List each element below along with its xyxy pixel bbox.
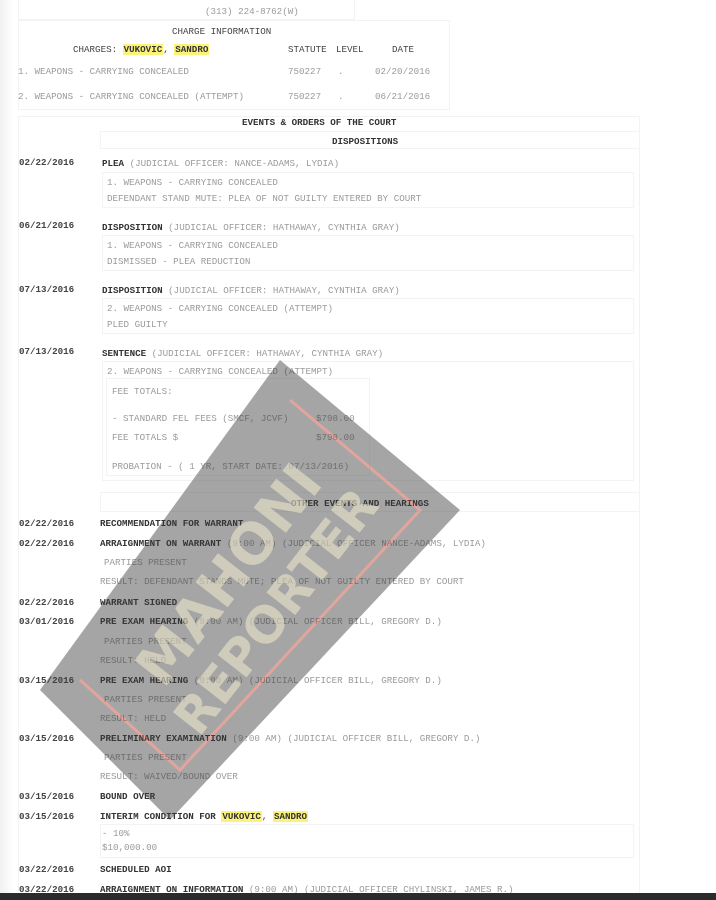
entry-detail: (9:00 AM) (JUDICIAL OFFICER BILL, GREGOR… xyxy=(232,733,480,744)
entry-type: WARRANT SIGNED xyxy=(100,597,177,608)
entry-line: DISMISSED - PLEA REDUCTION xyxy=(107,256,250,267)
charge-description: 2. WEAPONS - CARRYING CONCEALED (ATTEMPT… xyxy=(18,91,244,102)
entry-line: PARTIES PRESENT xyxy=(104,694,187,705)
header-phone: (313) 224-8762(W) xyxy=(205,6,299,17)
charge-date: 02/20/2016 xyxy=(375,66,430,77)
entry-line: RESULT: HELD xyxy=(100,655,166,666)
entry-type: DISPOSITION xyxy=(102,222,163,233)
entry-type: BOUND OVER xyxy=(100,791,155,802)
entry-line: - 10% xyxy=(102,828,130,839)
fee-totals-label: FEE TOTALS: xyxy=(112,386,173,397)
entry-line: RESULT: DEFENDANT STANDS MUTE; PLEA OF N… xyxy=(100,576,464,587)
col-statute: STATUTE xyxy=(288,44,327,55)
entry-date: 03/15/2016 xyxy=(19,791,74,802)
entry-heading: PRE EXAM HEARING (9:00 AM) (JUDICIAL OFF… xyxy=(100,616,442,627)
header-box xyxy=(18,0,355,20)
charges-label: CHARGES: xyxy=(73,44,117,55)
fee-totals-dollar-label: FEE TOTALS $ xyxy=(112,432,178,443)
entry-line: 2. WEAPONS - CARRYING CONCEALED (ATTEMPT… xyxy=(107,303,333,314)
entry-heading: SENTENCE (JUDICIAL OFFICER: HATHAWAY, CY… xyxy=(102,348,383,359)
defendant-first-name: SANDRO xyxy=(273,811,308,822)
charge-statute: 750227 xyxy=(288,91,321,102)
entry-heading: PRELIMINARY EXAMINATION (9:00 AM) (JUDIC… xyxy=(100,733,480,744)
entry-heading: DISPOSITION (JUDICIAL OFFICER: HATHAWAY,… xyxy=(102,222,400,233)
entry-date: 06/21/2016 xyxy=(19,220,74,231)
entry-officer: (JUDICIAL OFFICER: HATHAWAY, CYNTHIA GRA… xyxy=(168,285,400,296)
entry-date: 03/15/2016 xyxy=(19,811,74,822)
other-events-title: OTHER EVENTS AND HEARINGS xyxy=(291,498,429,509)
entry-date: 02/22/2016 xyxy=(19,538,74,549)
entry-type: ARRAIGNMENT ON WARRANT xyxy=(100,538,221,549)
entry-heading: PRE EXAM HEARING (9:00 AM) (JUDICIAL OFF… xyxy=(100,675,442,686)
entry-type: SCHEDULED AOI xyxy=(100,864,172,875)
entry-type: PRE EXAM HEARING xyxy=(100,616,188,627)
entry-details-box xyxy=(100,824,634,858)
charges-header: CHARGES: VUKOVIC, SANDRO xyxy=(73,44,209,55)
entry-date: 03/22/2016 xyxy=(19,864,74,875)
entry-heading: ARRAIGNMENT ON WARRANT (9:00 AM) (JUDICI… xyxy=(100,538,486,549)
col-level: LEVEL xyxy=(336,44,364,55)
charge-level: . xyxy=(338,91,344,102)
charge-information-title: CHARGE INFORMATION xyxy=(172,26,271,37)
entry-type: DISPOSITION xyxy=(102,285,163,296)
entry-type: PRE EXAM HEARING xyxy=(100,675,188,686)
charge-level: . xyxy=(338,66,344,77)
standard-fees-label: - STANDARD FEL FEES (SMCF, JCVF) xyxy=(112,413,288,424)
entry-officer: (JUDICIAL OFFICER: HATHAWAY, CYNTHIA GRA… xyxy=(152,348,384,359)
entry-line: PARTIES PRESENT xyxy=(104,636,187,647)
entry-line: 1. WEAPONS - CARRYING CONCEALED xyxy=(107,177,278,188)
entry-officer: (JUDICIAL OFFICER: NANCE-ADAMS, LYDIA) xyxy=(130,158,340,169)
charge-date: 06/21/2016 xyxy=(375,91,430,102)
fee-totals-amount: $798.00 xyxy=(316,432,355,443)
entry-line: $10,000.00 xyxy=(102,842,157,853)
entry-heading: PLEA (JUDICIAL OFFICER: NANCE-ADAMS, LYD… xyxy=(102,158,339,169)
scan-edge-shadow xyxy=(0,0,14,900)
entry-line: DEFENDANT STAND MUTE: PLEA OF NOT GUILTY… xyxy=(107,193,421,204)
entry-line: RESULT: HELD xyxy=(100,713,166,724)
entry-officer: (JUDICIAL OFFICER: HATHAWAY, CYNTHIA GRA… xyxy=(168,222,400,233)
entry-heading: INTERIM CONDITION FOR VUKOVIC, SANDRO xyxy=(100,811,308,822)
entry-type: INTERIM CONDITION FOR xyxy=(100,811,216,822)
entry-date: 03/01/2016 xyxy=(19,616,74,627)
bottom-bar xyxy=(0,893,716,900)
entry-date: 02/22/2016 xyxy=(19,597,74,608)
entry-type: PRELIMINARY EXAMINATION xyxy=(100,733,227,744)
entry-date: 07/13/2016 xyxy=(19,284,74,295)
entry-line: PLED GUILTY xyxy=(107,319,168,330)
entry-line: 2. WEAPONS - CARRYING CONCEALED (ATTEMPT… xyxy=(107,366,333,377)
entry-date: 07/13/2016 xyxy=(19,346,74,357)
entry-heading: DISPOSITION (JUDICIAL OFFICER: HATHAWAY,… xyxy=(102,285,400,296)
entry-line: PARTIES PRESENT xyxy=(104,557,187,568)
charge-statute: 750227 xyxy=(288,66,321,77)
entry-date: 02/22/2016 xyxy=(19,518,74,529)
defendant-last-name: VUKOVIC xyxy=(221,811,262,822)
entry-type: RECOMMENDATION FOR WARRANT xyxy=(100,518,243,529)
entry-line: RESULT: WAIVED/BOUND OVER xyxy=(100,771,238,782)
court-docket-page: (313) 224-8762(W) CHARGE INFORMATION CHA… xyxy=(0,0,716,900)
entry-date: 03/15/2016 xyxy=(19,675,74,686)
dispositions-title: DISPOSITIONS xyxy=(332,136,398,147)
entry-type: PLEA xyxy=(102,158,124,169)
entry-line: PARTIES PRESENT xyxy=(104,752,187,763)
defendant-first-name: SANDRO xyxy=(174,44,209,55)
entry-type: SENTENCE xyxy=(102,348,146,359)
col-date: DATE xyxy=(392,44,414,55)
entry-line: 1. WEAPONS - CARRYING CONCEALED xyxy=(107,240,278,251)
defendant-last-name: VUKOVIC xyxy=(123,44,164,55)
probation-line: PROBATION - ( 1 YR, START DATE: 07/13/20… xyxy=(112,461,349,472)
events-title: EVENTS & ORDERS OF THE COURT xyxy=(242,117,396,128)
charge-description: 1. WEAPONS - CARRYING CONCEALED xyxy=(18,66,189,77)
entry-detail: (9:00 AM) (JUDICIAL OFFICER BILL, GREGOR… xyxy=(194,675,442,686)
entry-date: 03/15/2016 xyxy=(19,733,74,744)
entry-date: 02/22/2016 xyxy=(19,157,74,168)
entry-detail: (9:00 AM) (JUDICIAL OFFICER NANCE-ADAMS,… xyxy=(227,538,486,549)
entry-detail: (9:00 AM) (JUDICIAL OFFICER BILL, GREGOR… xyxy=(194,616,442,627)
standard-fees-amount: $798.00 xyxy=(316,413,355,424)
